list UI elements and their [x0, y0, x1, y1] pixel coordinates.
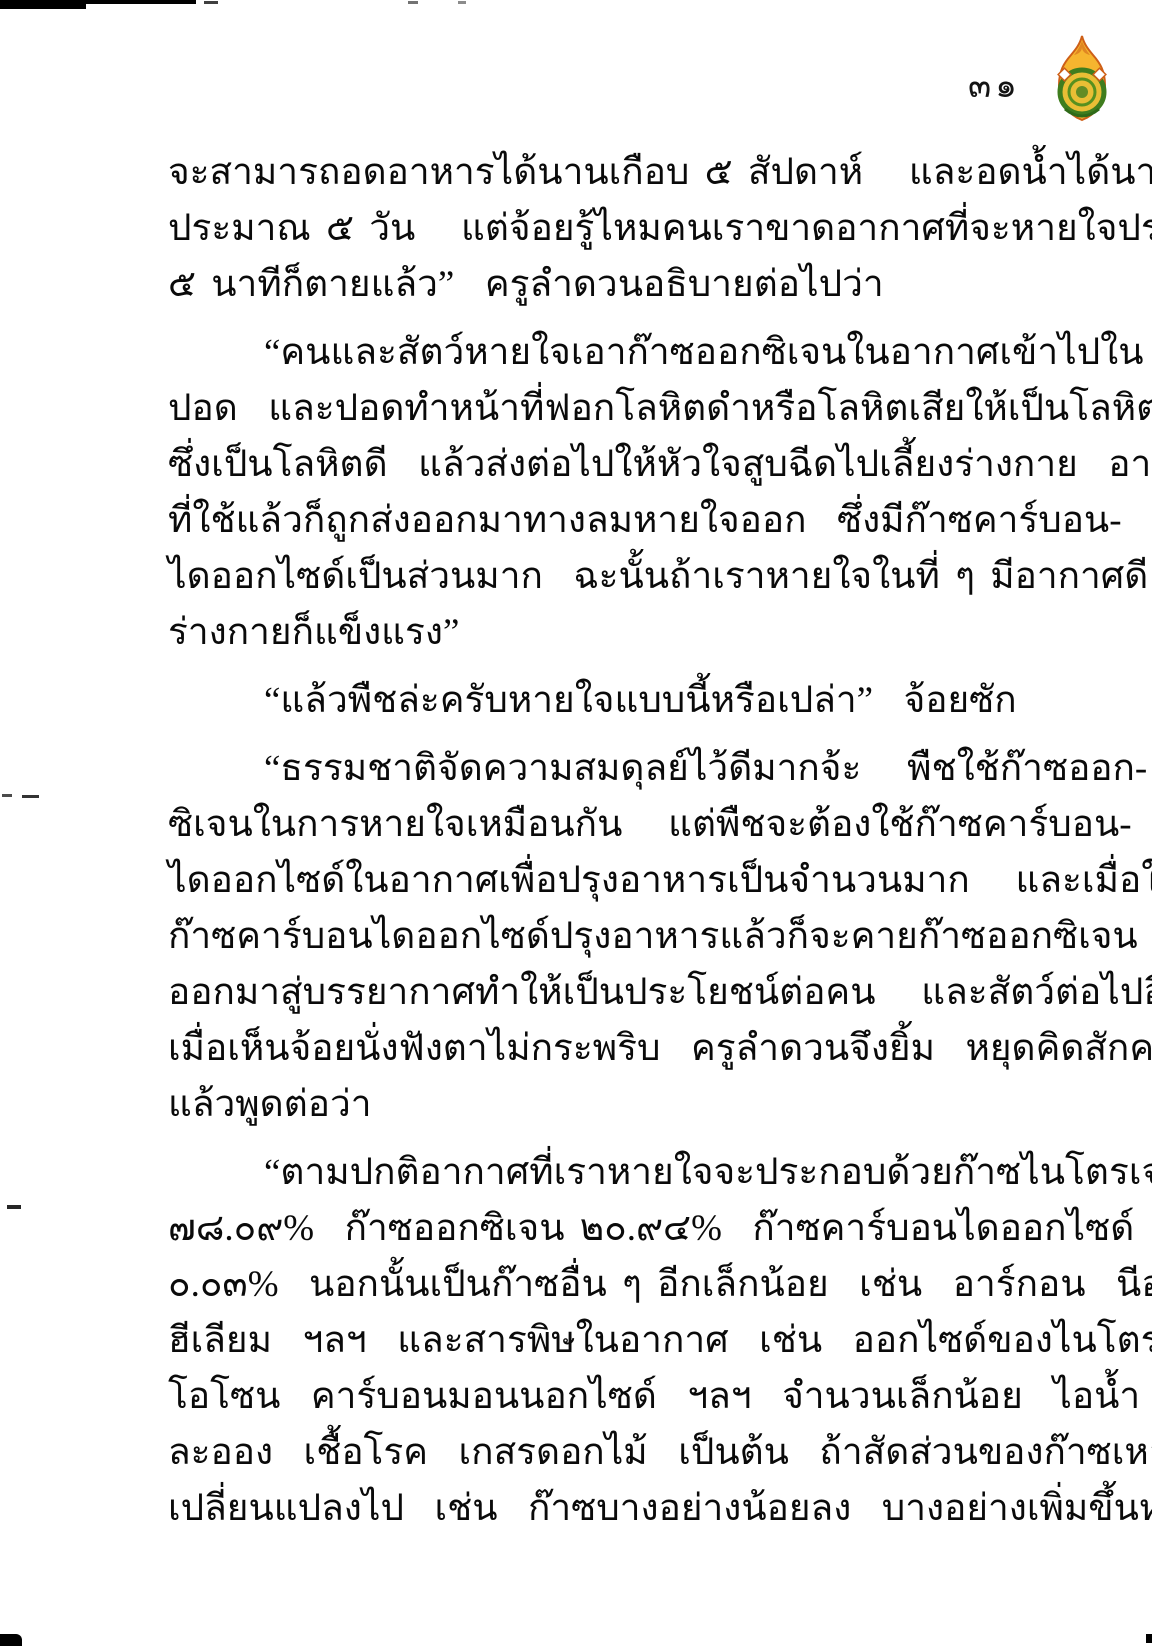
- text-line: แล้วพูดต่อว่า: [168, 1077, 1010, 1133]
- page-body-text: จะสามารถอดอาหารได้นานเกือบ ๕ สัปดาห์ และ…: [168, 145, 1010, 1537]
- text-line: โอโซน คาร์บอนมอนนอกไซด์ ฯลฯ จำนวนเล็กน้อ…: [168, 1369, 1010, 1425]
- page-number: ๓๑: [968, 58, 1028, 112]
- text-line: ประมาณ ๕ วัน แต่จ้อยรู้ไหมคนเราขาดอากาศท…: [168, 201, 1010, 257]
- thai-education-ministry-emblem-icon: [1052, 34, 1112, 128]
- text-line: ซิเจนในการหายใจเหมือนกัน แต่พืชจะต้องใช้…: [168, 797, 1010, 853]
- scanned-book-page: ๓๑ จะสามารถอดอาหารได้นานเกือบ ๕ สัปดาห์ …: [0, 0, 1152, 1646]
- text-line: ฮีเลียม ฯลฯ และสารพิษในอากาศ เช่น ออกไซด…: [168, 1313, 1010, 1369]
- text-line: ๗๘.๐๙% ก๊าซออกซิเจน ๒๐.๙๔% ก๊าซคาร์บอนได…: [168, 1201, 1010, 1257]
- text-line: ไดออกไซด์เป็นส่วนมาก ฉะนั้นถ้าเราหายใจใน…: [168, 549, 1010, 605]
- text-line: “แล้วพืชล่ะครับหายใจแบบนี้หรือเปล่า” จ้อ…: [168, 673, 1010, 729]
- text-line: ละออง เชื้อโรค เกสรดอกไม้ เป็นต้น ถ้าสัด…: [168, 1425, 1010, 1481]
- text-line: เมื่อเห็นจ้อยนั่งฟังตาไม่กระพริบ ครูลำดว…: [168, 1021, 1010, 1077]
- scan-artifact-dot: [204, 1, 218, 4]
- scan-artifact-top-left-bar: [0, 0, 86, 9]
- text-line: ๐.๐๓% นอกนั้นเป็นก๊าซอื่น ๆ อีกเล็กน้อย …: [168, 1257, 1010, 1313]
- scan-artifact-bottom-left-blob: [0, 1634, 22, 1646]
- scan-artifact-dot: [408, 1, 418, 4]
- text-line: ๕ นาทีก็ตายแล้ว” ครูลำดวนอธิบายต่อไปว่า: [168, 257, 1010, 313]
- text-line: ที่ใช้แล้วก็ถูกส่งออกมาทางลมหายใจออก ซึ่…: [168, 493, 1010, 549]
- text-line: ซึ่งเป็นโลหิตดี แล้วส่งต่อไปให้หัวใจสูบฉ…: [168, 437, 1010, 493]
- text-line: “ธรรมชาติจัดความสมดุลย์ไว้ดีมากจ้ะ พืชใช…: [168, 741, 1010, 797]
- text-line: ออกมาสู่บรรยากาศทำให้เป็นประโยชน์ต่อคน แ…: [168, 965, 1010, 1021]
- text-line: จะสามารถอดอาหารได้นานเกือบ ๕ สัปดาห์ และ…: [168, 145, 1010, 201]
- text-line: ร่างกายก็แข็งแรง”: [168, 605, 1010, 661]
- scan-artifact-left-dash: [22, 795, 39, 798]
- text-line: ปอด และปอดทำหน้าที่ฟอกโลหิตดำหรือโลหิตเส…: [168, 381, 1010, 437]
- scan-artifact-left-dash: [7, 1205, 21, 1209]
- text-line: เปลี่ยนแปลงไป เช่น ก๊าซบางอย่างน้อยลง บา…: [168, 1481, 1010, 1537]
- text-line: “ตามปกติอากาศที่เราหายใจจะประกอบด้วยก๊าซ…: [168, 1145, 1010, 1201]
- text-line: ไดออกไซด์ในอากาศเพื่อปรุงอาหารเป็นจำนวนม…: [168, 853, 1010, 909]
- scan-artifact-dot: [458, 1, 466, 4]
- scan-artifact-left-dash: [2, 794, 12, 797]
- scan-artifact-bottom-right-mark: [1146, 1634, 1152, 1643]
- text-line: “คนและสัตว์หายใจเอาก๊าซออกซิเจนในอากาศเข…: [168, 325, 1010, 381]
- text-line: ก๊าซคาร์บอนไดออกไซด์ปรุงอาหารแล้วก็จะคาย…: [168, 909, 1010, 965]
